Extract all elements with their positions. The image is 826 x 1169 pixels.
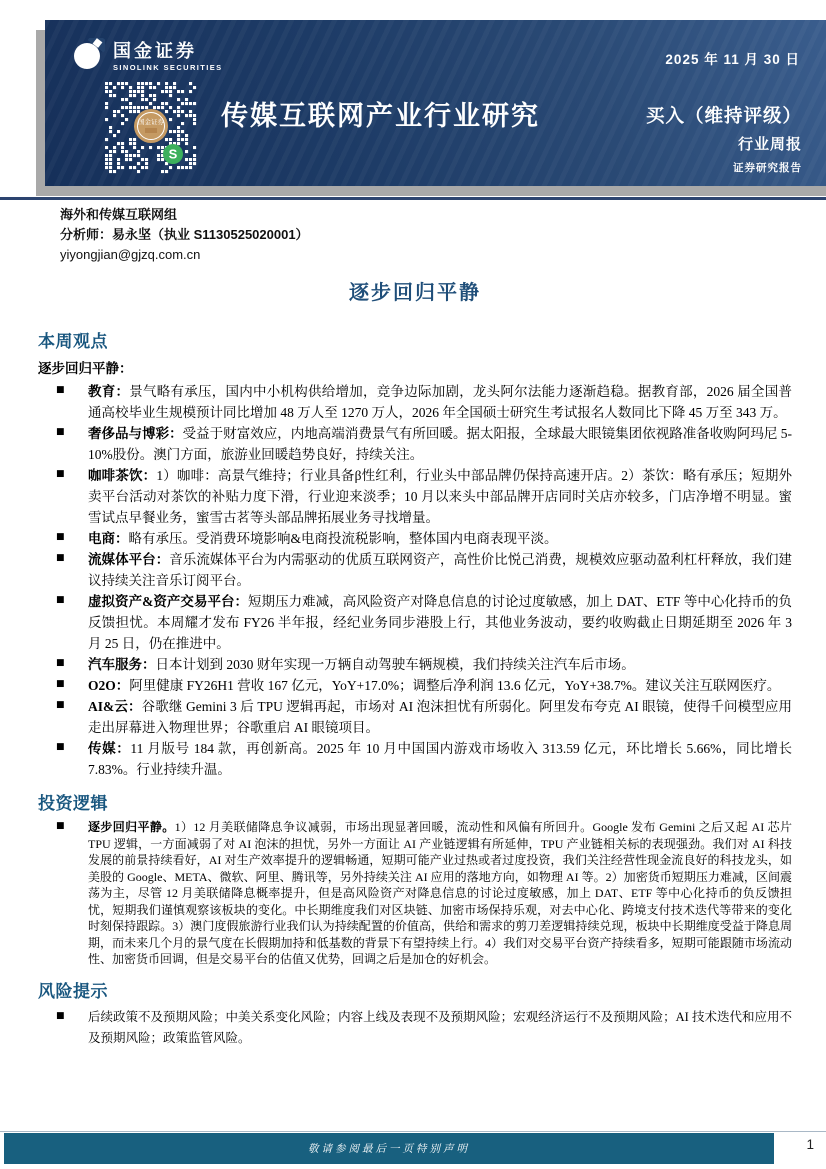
investment-bullet-list: ■ 逐步回归平静。1）12 月美联储降息争议减弱，市场出现显著回暖，流动性和风偏…	[38, 819, 792, 968]
bullet-text: 音乐流媒体平台为内需驱动的优质互联网资产，高性价比悦己消费，规模效应驱动盈利杠杆…	[88, 552, 792, 588]
sinolink-logo-icon	[73, 38, 105, 75]
footer-disclaimer: 敬请参阅最后一页特别声明	[308, 1141, 470, 1156]
weekly-bullet-item: ■ 奢侈品与博彩：受益于财富效应，内地高端消费景气有所回暖。据太阳报，全球最大眼…	[38, 423, 792, 465]
page-number: 1	[806, 1137, 814, 1152]
report-label: 证券研究报告	[733, 160, 802, 175]
square-bullet-icon: ■	[56, 590, 65, 611]
header-shadow-left	[36, 30, 45, 196]
bullet-text: 阿里健康 FY26H1 营收 167 亿元，YoY+17.0%；调整后净利润 1…	[129, 678, 780, 693]
report-title: 传媒互联网产业行业研究	[165, 94, 596, 133]
bullet-text: 1）咖啡：高景气维持；行业具备β性红利，行业头中部品牌仍保持高速开店。2）茶饮：…	[88, 468, 792, 525]
weekly-bullet-item: ■ 咖啡茶饮：1）咖啡：高景气维持；行业具备β性红利，行业头中部品牌仍保持高速开…	[38, 465, 792, 528]
bullet-text: 受益于财富效应，内地高端消费景气有所回暖。据太阳报，全球最大眼镜集团依视路准备收…	[88, 426, 792, 462]
bullet-text: 11 月版号 184 款，再创新高。2025 年 10 月中国国内游戏市场收入 …	[88, 741, 792, 777]
bullet-text: 景气略有承压，国内中小机构供给增加，竞争边际加剧，龙头阿尔法能力逐渐趋稳。据教育…	[88, 384, 792, 420]
bullet-label: 虚拟资产&资产交易平台：	[88, 594, 248, 609]
analyst-email[interactable]: yiyongjian@gjzq.com.cn	[60, 245, 309, 265]
square-bullet-icon: ■	[56, 1006, 65, 1027]
section-heading-weekly: 本周观点	[38, 327, 792, 352]
doc-title: 逐步回归平静	[38, 276, 792, 305]
square-bullet-icon: ■	[56, 653, 65, 674]
weekly-bullet-item: ■ 流媒体平台：音乐流媒体平台为内需驱动的优质互联网资产，高性价比悦己消费，规模…	[38, 549, 792, 591]
footer-bar: 敬请参阅最后一页特别声明	[4, 1133, 774, 1164]
brand-logo: 国金证券 SINOLINK SECURITIES	[73, 38, 223, 75]
weekly-bullet-item: ■ O2O：阿里健康 FY26H1 营收 167 亿元，YoY+17.0%；调整…	[38, 675, 792, 696]
square-bullet-icon: ■	[56, 380, 65, 401]
svg-text:S: S	[169, 147, 178, 162]
bullet-text: 略有承压。受消费环境影响&电商投流税影响，整体国内电商表现平淡。	[129, 531, 558, 546]
square-bullet-icon: ■	[56, 737, 65, 758]
bullet-label: 汽车服务：	[88, 657, 156, 672]
bullet-text: 后续政策不及预期风险；中美关系变化风险；内容上线及表现不及预期风险；宏观经济运行…	[88, 1010, 792, 1045]
report-date: 2025 年 11 月 30 日	[665, 48, 800, 68]
square-bullet-icon: ■	[56, 695, 65, 716]
square-bullet-icon: ■	[56, 548, 65, 569]
bullet-label: 逐步回归平静。	[88, 820, 175, 834]
bullet-text: 1）12 月美联储降息争议减弱，市场出现显著回暖，流动性和风偏有所回升。Goog…	[88, 820, 792, 966]
header-shadow-bottom	[36, 186, 826, 196]
analyst-block: 海外和传媒互联网组 分析师：易永坚（执业 S1130525020001） yiy…	[60, 205, 309, 265]
bullet-label: 传媒：	[88, 741, 130, 756]
weekly-bullet-item: ■ AI&云：谷歌继 Gemini 3 后 TPU 逻辑再起，市场对 AI 泡沫…	[38, 696, 792, 738]
brand-name-cn: 国金证券	[113, 42, 223, 60]
square-bullet-icon: ■	[56, 464, 65, 485]
risk-bullet-item: ■ 后续政策不及预期风险；中美关系变化风险；内容上线及表现不及预期风险；宏观经济…	[38, 1007, 792, 1049]
bullet-label: AI&云：	[88, 699, 142, 714]
report-header: 国金证券 SINOLINK SECURITIES 2025 年 11 月 30 …	[45, 20, 826, 186]
weekly-bullet-item: ■ 传媒：11 月版号 184 款，再创新高。2025 年 10 月中国国内游戏…	[38, 738, 792, 780]
weekly-bullet-item: ■ 虚拟资产&资产交易平台：短期压力难减，高风险资产对降息信息的讨论过度敏感，加…	[38, 591, 792, 654]
weekly-intro: 逐步回归平静：	[38, 357, 792, 377]
square-bullet-icon: ■	[56, 422, 65, 443]
weekly-bullet-list: ■ 教育：景气略有承压，国内中小机构供给增加，竞争边际加剧，龙头阿尔法能力逐渐趋…	[38, 381, 792, 780]
square-bullet-icon: ■	[56, 527, 65, 548]
bullet-label: 咖啡茶饮：	[88, 468, 156, 483]
bullet-label: 流媒体平台：	[88, 552, 169, 567]
report-page: 国金证券 SINOLINK SECURITIES 2025 年 11 月 30 …	[0, 0, 826, 1169]
rating-badge: 买入（维持评级）	[646, 102, 802, 128]
brand-name-en: SINOLINK SECURITIES	[113, 64, 223, 72]
square-bullet-icon: ■	[56, 818, 65, 835]
weekly-bullet-item: ■ 电商：略有承压。受消费环境影响&电商投流税影响，整体国内电商表现平淡。	[38, 528, 792, 549]
footer-divider	[0, 1131, 826, 1132]
analyst-name: 分析师：易永坚（执业 S1130525020001）	[60, 225, 309, 245]
weekly-bullet-item: ■ 汽车服务：日本计划到 2030 财年实现一万辆自动驾驶车辆规模，我们持续关注…	[38, 654, 792, 675]
header-divider	[0, 197, 826, 200]
bullet-label: 奢侈品与博彩：	[88, 426, 183, 441]
qr-center-badge	[134, 109, 168, 143]
bullet-label: 电商：	[88, 531, 129, 546]
investment-bullet-item: ■ 逐步回归平静。1）12 月美联储降息争议减弱，市场出现显著回暖，流动性和风偏…	[38, 819, 792, 968]
report-type: 行业周报	[738, 133, 802, 154]
square-bullet-icon: ■	[56, 674, 65, 695]
section-heading-risk: 风险提示	[38, 977, 792, 1002]
bullet-label: 教育：	[88, 384, 129, 399]
bullet-label: O2O：	[88, 678, 129, 693]
report-body: 逐步回归平静 本周观点 逐步回归平静： ■ 教育：景气略有承压，国内中小机构供给…	[38, 276, 792, 1049]
qr-badge-text: 国金证券	[138, 117, 165, 126]
bullet-text: 日本计划到 2030 财年实现一万辆自动驾驶车辆规模，我们持续关注汽车后市场。	[156, 657, 635, 672]
analyst-group: 海外和传媒互联网组	[60, 205, 309, 225]
section-heading-investment: 投资逻辑	[38, 789, 792, 814]
risk-bullet-list: ■ 后续政策不及预期风险；中美关系变化风险；内容上线及表现不及预期风险；宏观经济…	[38, 1007, 792, 1049]
bullet-text: 谷歌继 Gemini 3 后 TPU 逻辑再起，市场对 AI 泡沫担忧有所弱化。…	[88, 699, 792, 735]
weekly-bullet-item: ■ 教育：景气略有承压，国内中小机构供给增加，竞争边际加剧，龙头阿尔法能力逐渐趋…	[38, 381, 792, 423]
